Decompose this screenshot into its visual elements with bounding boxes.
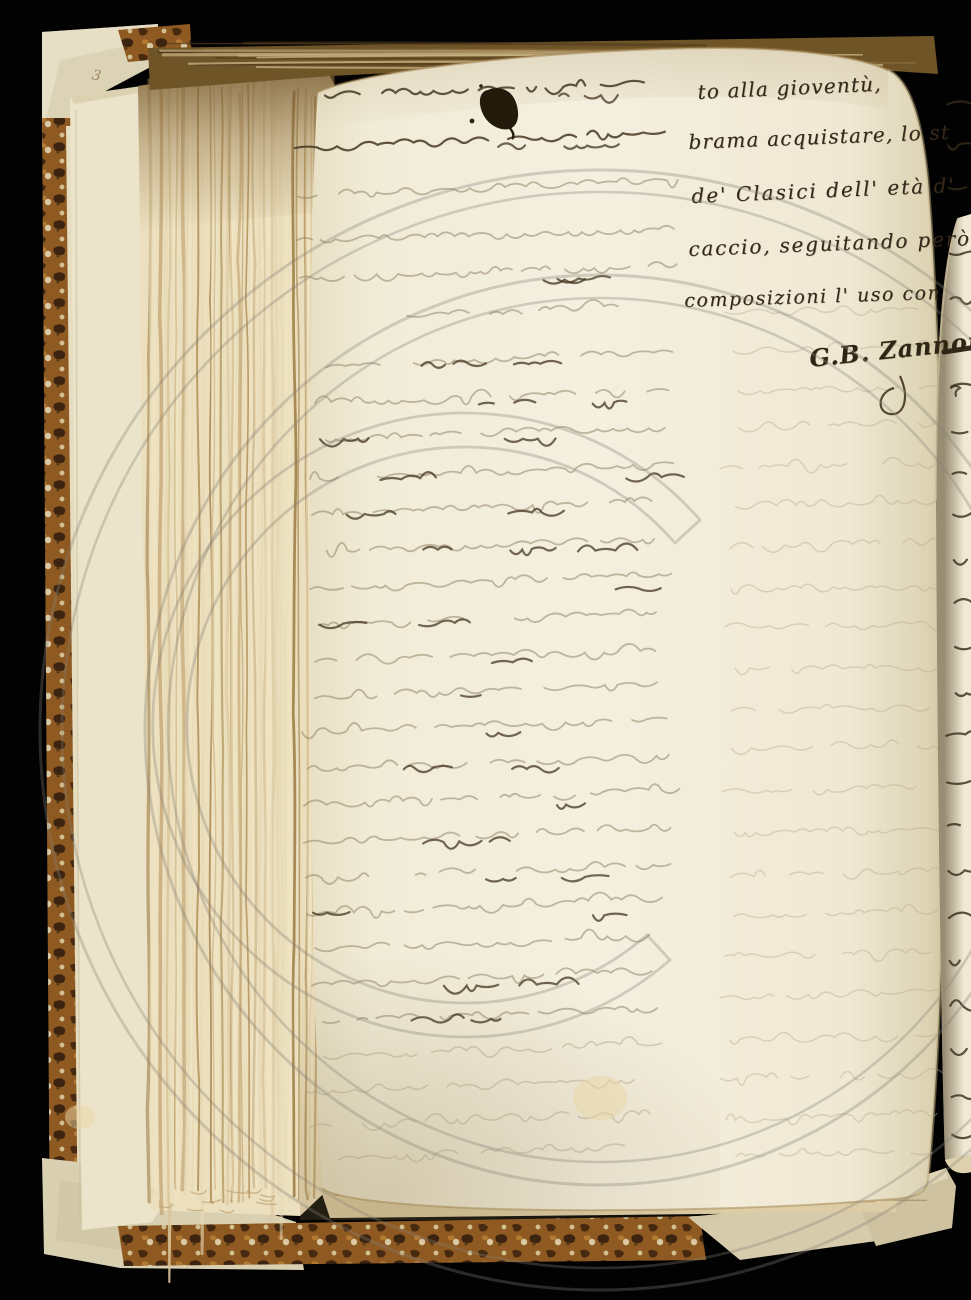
deckle-band xyxy=(175,89,177,1196)
stain xyxy=(65,1105,95,1129)
manuscript-photo: to alla gioventù, brama acquistare, lo s… xyxy=(0,0,971,1300)
deckle-band xyxy=(232,80,234,1199)
deckle-band xyxy=(214,77,216,1193)
sliver-fragment xyxy=(949,187,967,189)
book-scene xyxy=(0,0,971,1300)
sliver-fragment xyxy=(947,101,970,104)
deckle-band xyxy=(288,92,290,1193)
sliver-fragment xyxy=(948,143,971,149)
stain xyxy=(573,1076,627,1120)
top-edge-fiber xyxy=(160,51,619,52)
deckle-band xyxy=(191,90,193,1197)
deckle-band xyxy=(253,79,255,1186)
deckle-band xyxy=(268,89,270,1199)
deckle-band xyxy=(152,93,154,1185)
